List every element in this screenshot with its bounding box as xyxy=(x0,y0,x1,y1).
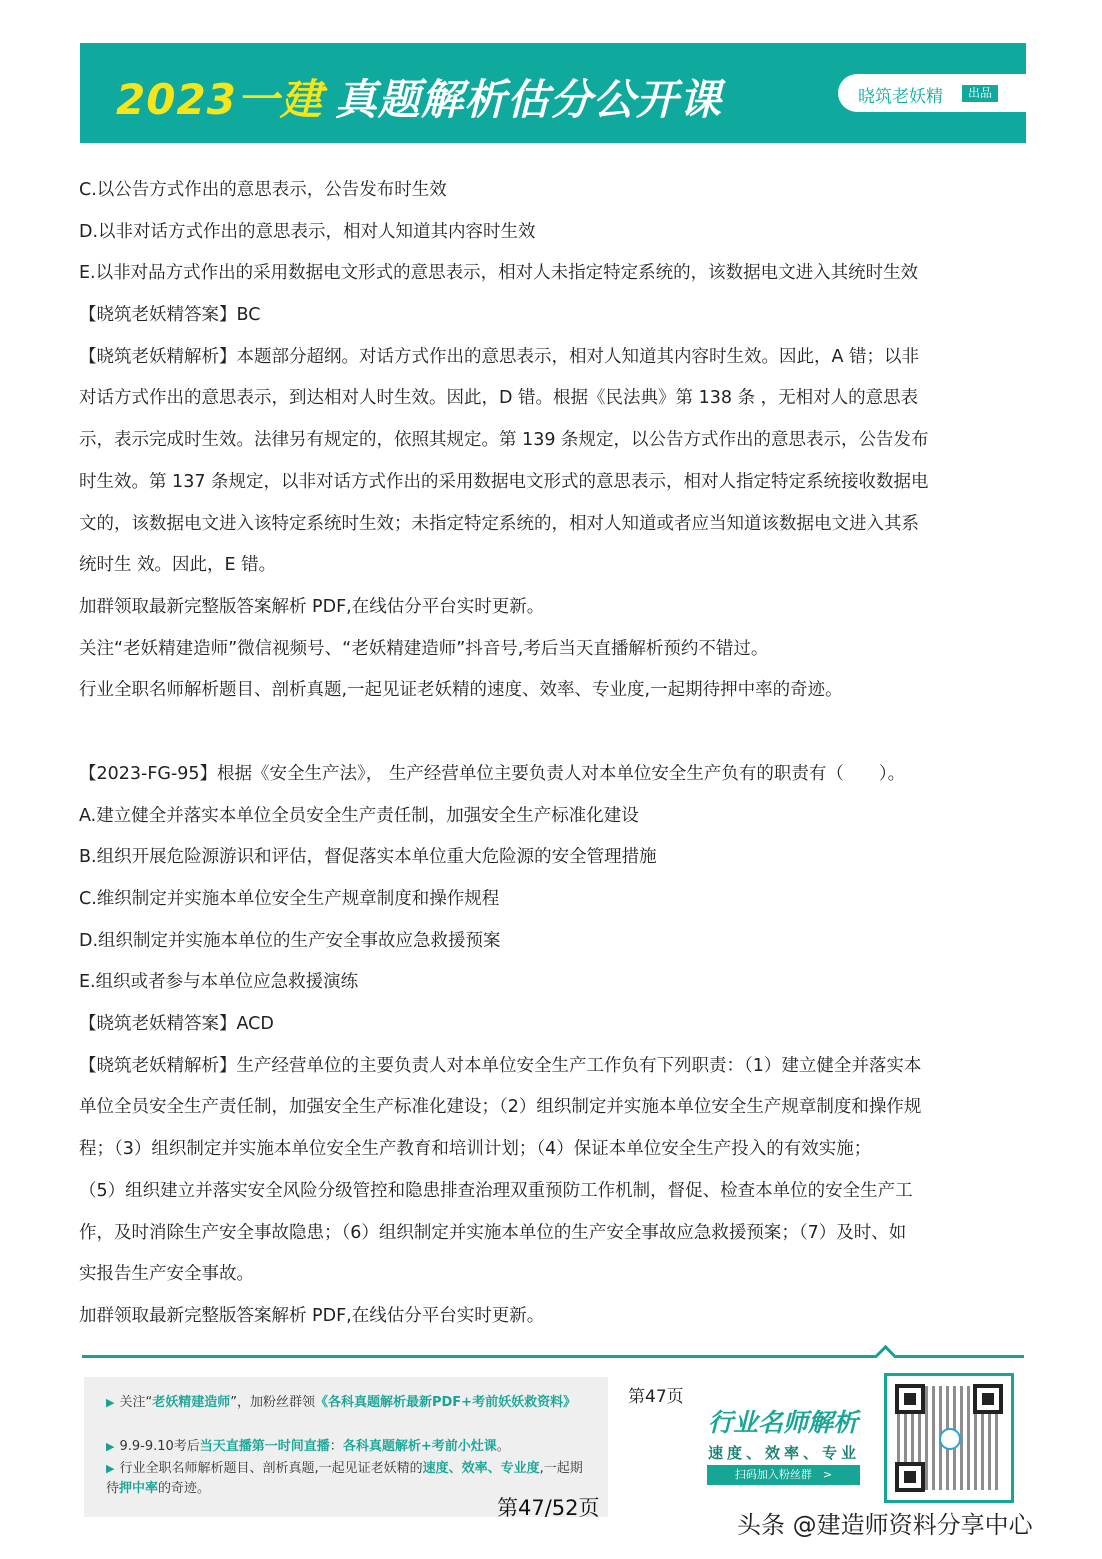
chat-logo-icon xyxy=(939,1428,961,1450)
banner-title: 2023一建真题解析估分公开课 xyxy=(116,67,722,127)
analysis-line: 示，表示完成时生效。法律另有规定的，依照其规定。第 139 条规定，以公告方式作… xyxy=(79,420,1029,462)
option-e: E.以非对品方式作出的采用数据电文形式的意思表示，相对人未指定特定系统的，该数据… xyxy=(79,253,1029,295)
option-c: C.以公告方式作出的意思表示，公告发布时生效 xyxy=(79,170,1029,212)
option-d: D.组织制定并实施本单位的生产安全事故应急救援预案 xyxy=(79,921,1029,963)
notice-line: 加群领取最新完整版答案解析 PDF,在线估分平台实时更新。 xyxy=(79,1296,1029,1338)
analysis-line: （5）组织建立并落实安全风险分级管控和隐患排查治理双重预防工作机制，督促、检查本… xyxy=(79,1171,1029,1213)
document-body: C.以公告方式作出的意思表示，公告发布时生效 D.以非对话方式作出的意思表示，相… xyxy=(79,170,1029,1338)
question-stem: 【2023-FG-95】根据《安全生产法》， 生产经营单位主要负责人对本单位安全… xyxy=(79,754,1029,796)
notice-line: 加群领取最新完整版答案解析 PDF,在线估分平台实时更新。 xyxy=(79,587,1029,629)
option-c: C.维织制定并实施本单位安全生产规章制度和操作规程 xyxy=(79,879,1029,921)
banner-course-title: 真题解析估分公开课 xyxy=(335,75,722,124)
brand-tag: 出品 xyxy=(962,85,998,102)
analysis-line: 实报告生产安全事故。 xyxy=(79,1254,1029,1296)
option-b: B.组织开展危险源游识和评估，督促落实本单位重大危险源的安全管理措施 xyxy=(79,837,1029,879)
page-number: 第47/52页 xyxy=(497,1492,600,1522)
qr-finder-icon xyxy=(973,1384,1003,1414)
analysis-line: 程；（3）组织制定并实施本单位安全生产教育和培训计划；（4）保证本单位安全生产投… xyxy=(79,1129,1029,1171)
analysis-line: 作，及时消除生产安全事故隐患；（6）组织制定并实施本单位的生产安全事故应急救援预… xyxy=(79,1213,1029,1255)
analysis-line: 单位全员安全生产责任制，加强安全生产标准化建设；（2）组织制定并实施本单位安全生… xyxy=(79,1087,1029,1129)
header-banner: 2023一建真题解析估分公开课 晓筑老妖精 出品 xyxy=(80,43,1026,143)
analysis-line: 统时生 效。因此，E 错。 xyxy=(79,545,1029,587)
qr-finder-icon xyxy=(895,1384,925,1414)
triangle-bullet-icon: ▶ xyxy=(106,1396,114,1409)
promo-item-live: ▶9.9-9.10考后当天直播第一时间直播：各科真题解析+考前小灶课。 xyxy=(106,1437,586,1457)
join-group-button[interactable]: 扫码加入粉丝群 > xyxy=(707,1465,860,1485)
triangle-bullet-icon: ▶ xyxy=(106,1440,114,1453)
page-number-small: 第47页 xyxy=(628,1382,684,1407)
banner-year: 2023一建 xyxy=(116,75,323,124)
analysis-line: 【晓筑老妖精解析】生产经营单位的主要负责人对本单位安全生产工作负有下列职责：（1… xyxy=(79,1046,1029,1088)
answer: 【晓筑老妖精答案】ACD xyxy=(79,1004,1029,1046)
option-a: A.建立健全并落实本单位全员安全生产责任制，加强安全生产标准化建设 xyxy=(79,796,1029,838)
promo-item-follow: ▶关注“老妖精建造师”，加粉丝群领《各科真题解析最新PDF+考前妖妖救资料》 xyxy=(106,1393,586,1413)
notice-line: 关注“老妖精建造师”微信视频号、“老妖精建造师”抖音号,考后当天直播解析预约不错… xyxy=(79,629,1029,671)
qr-finder-icon xyxy=(895,1462,925,1492)
analysis-line: 文的，该数据电文进入该特定系统时生效；未指定特定系统的，相对人知道或者应当知道该… xyxy=(79,504,1029,546)
notice-line: 行业全职名师解析题目、剖析真题,一起见证老妖精的速度、效率、专业度,一起期待押中… xyxy=(79,670,1029,712)
analysis-line: 【晓筑老妖精解析】本题部分超纲。对话方式作出的意思表示，相对人知道其内容时生效。… xyxy=(79,337,1029,379)
option-d: D.以非对话方式作出的意思表示，相对人知道其内容时生效 xyxy=(79,212,1029,254)
watermark: 头条 @建造师资料分享中心 xyxy=(737,1505,1033,1540)
qr-code-icon[interactable] xyxy=(884,1373,1014,1503)
footer-notch xyxy=(875,1345,896,1366)
brand-pill: 晓筑老妖精 出品 xyxy=(838,74,1038,112)
ad-title: 行业名师解析 xyxy=(708,1403,858,1439)
answer: 【晓筑老妖精答案】BC xyxy=(79,295,1029,337)
option-e: E.组织或者参与本单位应急救援演练 xyxy=(79,962,1029,1004)
brand-name: 晓筑老妖精 xyxy=(858,82,943,107)
triangle-bullet-icon: ▶ xyxy=(106,1462,114,1475)
analysis-line: 对话方式作出的意思表示，到达相对人时生效。因此，D 错。根据《民法典》第 138… xyxy=(79,378,1029,420)
analysis-line: 时生效。第 137 条规定，以非对话方式作出的采用数据电文形式的意思表示，相对人… xyxy=(79,462,1029,504)
ad-subtitle: 速度、效率、专业 xyxy=(708,1442,860,1463)
